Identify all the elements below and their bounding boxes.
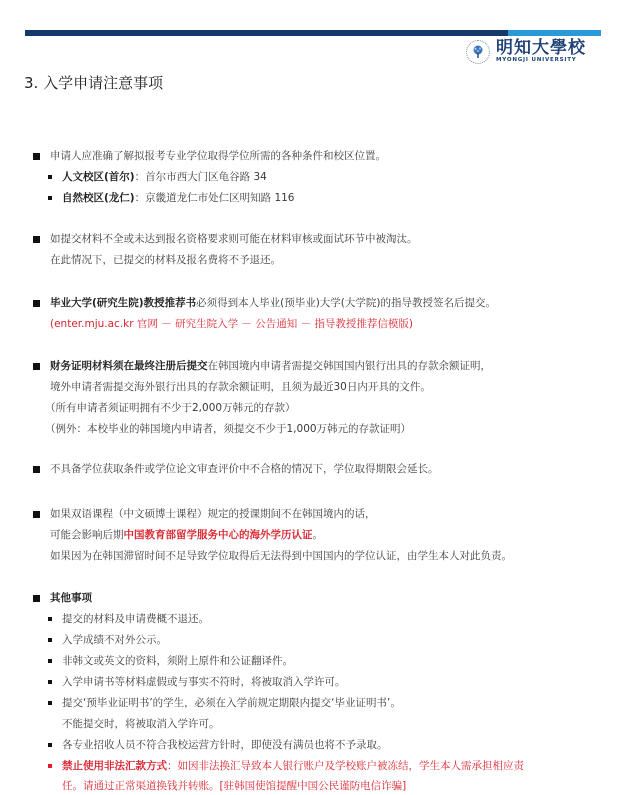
tree-emblem-icon bbox=[466, 40, 490, 64]
campus-humanities-address: ：首尔市西大门区龟谷路 34 bbox=[135, 171, 267, 183]
section-financial-line2: 境外申请者需提交海外银行出具的存款余额证明，且须为最近30日内开具的文件。 bbox=[50, 380, 431, 394]
sub-bullet-icon bbox=[48, 196, 52, 200]
page-title: 3. 入学申请注意事项 bbox=[24, 72, 163, 93]
other-item: 入学成绩不对外公示。 bbox=[62, 633, 167, 647]
section-other-title: 其他事项 bbox=[50, 591, 92, 605]
other-item: 入学申请书等材料虚假或与事实不符时，将被取消入学许可。 bbox=[62, 675, 346, 689]
sub-bullet-icon bbox=[48, 175, 52, 179]
university-logo: 明知大學校 MYONGJI UNIVERSITY bbox=[466, 39, 586, 64]
campus-humanities: 人文校区(首尔)：首尔市西大门区龟谷路 34 bbox=[62, 170, 267, 184]
header-bar-dark bbox=[25, 30, 508, 36]
recommendation-bold: 毕业大学(研究生院)教授推荐书 bbox=[50, 297, 196, 309]
sub-bullet-icon bbox=[48, 638, 52, 642]
bullet-square-icon bbox=[33, 363, 40, 370]
bullet-square-icon bbox=[33, 595, 40, 602]
sub-bullet-icon bbox=[48, 743, 52, 747]
illegal-remittance-warning-line2: 任。请通过正常渠道换钱并转账。[驻韩国使馆提醒中国公民谨防电信诈骗] bbox=[62, 779, 406, 793]
section-recommendation: 毕业大学(研究生院)教授推荐书必须得到本人毕业(预毕业)大学(大学院)的指导教授… bbox=[50, 296, 496, 310]
section-financial-line1: 财务证明材料须在最终注册后提交在韩国境内申请者需提交韩国国内银行出具的存款余额证… bbox=[50, 359, 491, 373]
other-item-continued: 不能提交时，将被取消入学许可。 bbox=[62, 717, 220, 731]
bilingual-suffix: 。 bbox=[313, 529, 324, 541]
campus-humanities-label: 人文校区(首尔) bbox=[62, 171, 135, 183]
financial-bold: 财务证明材料须在最终注册后提交 bbox=[50, 360, 208, 372]
header-bar-light bbox=[508, 30, 601, 36]
logo-chinese-name: 明知大學校 bbox=[496, 39, 586, 57]
bilingual-certification-highlight: 中国教育部留学服务中心的海外学历认证 bbox=[124, 529, 313, 541]
bullet-square-icon bbox=[33, 153, 40, 160]
bullet-square-icon bbox=[33, 466, 40, 473]
sub-bullet-icon bbox=[48, 680, 52, 684]
campus-natural: 自然校区(龙仁)：京畿道龙仁市处仁区明知路 116 bbox=[62, 191, 295, 205]
campus-natural-address: ：京畿道龙仁市处仁区明知路 116 bbox=[135, 192, 295, 204]
section-materials-line2: 在此情况下，已提交的材料及报名费将不予退还。 bbox=[50, 253, 281, 267]
section-materials-line1: 如提交材料不全或未达到报名资格要求则可能在材料审核或面试环节中被淘汰。 bbox=[50, 232, 418, 246]
section-financial-line4: （例外：本校毕业的韩国境内申请者，须提交不少于1,000万韩元的存款证明） bbox=[45, 422, 411, 436]
bullet-square-icon bbox=[33, 511, 40, 518]
section-campus-text: 申请人应准确了解拟报考专业学位取得学位所需的各种条件和校区位置。 bbox=[50, 149, 386, 163]
campus-natural-label: 自然校区(龙仁) bbox=[62, 192, 135, 204]
recommendation-link[interactable]: (enter.mju.ac.kr 官网 － 研究生院入学 － 公告通知 － 指导… bbox=[50, 317, 413, 331]
other-item: 提交‘预毕业证明书’的学生，必须在入学前规定期限内提交‘毕业证明书’。 bbox=[62, 696, 401, 710]
section-bilingual-line3: 如果因为在韩国滞留时间不足导致学位取得后无法得到中国国内的学位认证，由学生本人对… bbox=[50, 549, 512, 563]
recommendation-rest: 必须得到本人毕业(预毕业)大学(大学院)的指导教授签名后提交。 bbox=[196, 297, 496, 309]
sub-bullet-icon bbox=[48, 659, 52, 663]
other-item: 非韩文或英文的资料，须附上原件和公证翻译件。 bbox=[62, 654, 293, 668]
section-bilingual-line2: 可能会影响后期中国教育部留学服务中心的海外学历认证。 bbox=[50, 528, 323, 542]
bullet-square-icon bbox=[33, 300, 40, 307]
logo-english-name: MYONGJI UNIVERSITY bbox=[496, 57, 586, 64]
sub-bullet-icon bbox=[48, 617, 52, 621]
section-financial-line3: （所有申请者须证明拥有不少于2,000万韩元的存款） bbox=[45, 401, 296, 415]
illegal-remittance-warning: 禁止使用非法汇款方式：如因非法换汇导致本人银行账户及学校账户被冻结，学生本人需承… bbox=[62, 759, 524, 773]
section-degree-extension: 不具备学位获取条件或学位论文审查评价中不合格的情况下，学位取得期限会延长。 bbox=[50, 462, 439, 476]
other-item: 各专业招收人员不符合我校运营方针时，即使没有满员也将不予录取。 bbox=[62, 738, 388, 752]
warning-bold: 禁止使用非法汇款方式 bbox=[62, 760, 167, 772]
header-bar bbox=[25, 30, 601, 36]
other-item: 提交的材料及申请费概不退还。 bbox=[62, 612, 209, 626]
financial-rest: 在韩国境内申请者需提交韩国国内银行出具的存款余额证明， bbox=[208, 360, 492, 372]
warning-rest: ：如因非法换汇导致本人银行账户及学校账户被冻结，学生本人需承担相应责 bbox=[167, 760, 524, 772]
bilingual-prefix: 可能会影响后期 bbox=[50, 529, 124, 541]
section-bilingual-line1: 如果双语课程（中文硕博士课程）规定的授课期间不在韩国境内的话， bbox=[50, 507, 376, 521]
sub-bullet-icon bbox=[48, 701, 52, 705]
warning-bullet-icon bbox=[48, 764, 52, 768]
bullet-square-icon bbox=[33, 236, 40, 243]
